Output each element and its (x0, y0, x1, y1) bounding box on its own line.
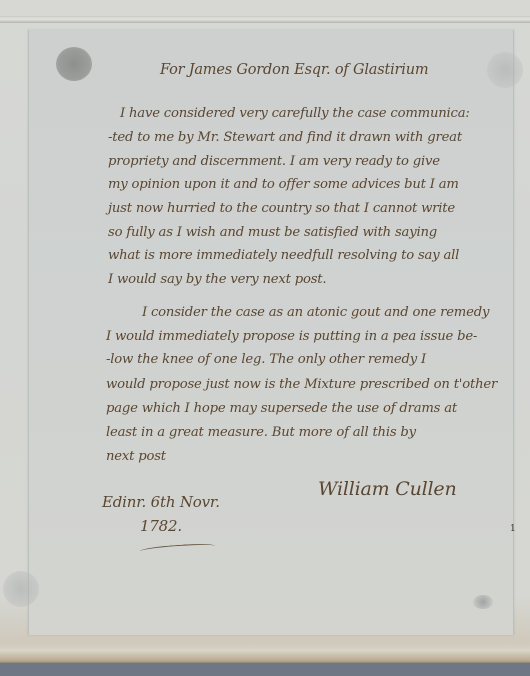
paper-spot-top-left (56, 47, 92, 81)
text-line: what is more immediately needfull resolv… (108, 248, 459, 263)
text-line: I would immediately propose is putting i… (106, 329, 477, 344)
page-mark: 1 (510, 524, 516, 534)
text-line: I consider the case as an atonic gout an… (142, 305, 489, 320)
text-line: would propose just now is the Mixture pr… (106, 377, 497, 392)
text-line: propriety and discernment. I am very rea… (108, 154, 440, 169)
address-line: For James Gordon Esqr. of Glastirium (160, 62, 428, 78)
text-line: my opinion upon it and to offer some adv… (108, 177, 459, 192)
text-line: I have considered very carefully the cas… (120, 106, 470, 121)
bottom-edge-stain (0, 642, 530, 663)
signature: William Cullen (318, 478, 457, 500)
text-line: next post (106, 449, 166, 464)
paper-spot-top-right (487, 52, 523, 88)
text-line: -low the knee of one leg. The only other… (106, 352, 426, 367)
text-line: -ted to me by Mr. Stewart and find it dr… (108, 130, 462, 145)
top-fold-crease (0, 16, 530, 23)
text-line: just now hurried to the country so that … (108, 201, 455, 216)
year: 1782. (140, 517, 182, 535)
smudge-bottom-right (473, 595, 493, 609)
place-date: Edinr. 6th Novr. (102, 493, 220, 511)
paper-spot-bottom-left (3, 571, 39, 607)
text-line: I would say by the very next post. (108, 272, 326, 287)
text-line: least in a great measure. But more of al… (106, 425, 416, 440)
text-line: so fully as I wish and must be satisfied… (108, 225, 437, 240)
text-line: page which I hope may supersede the use … (106, 401, 457, 416)
